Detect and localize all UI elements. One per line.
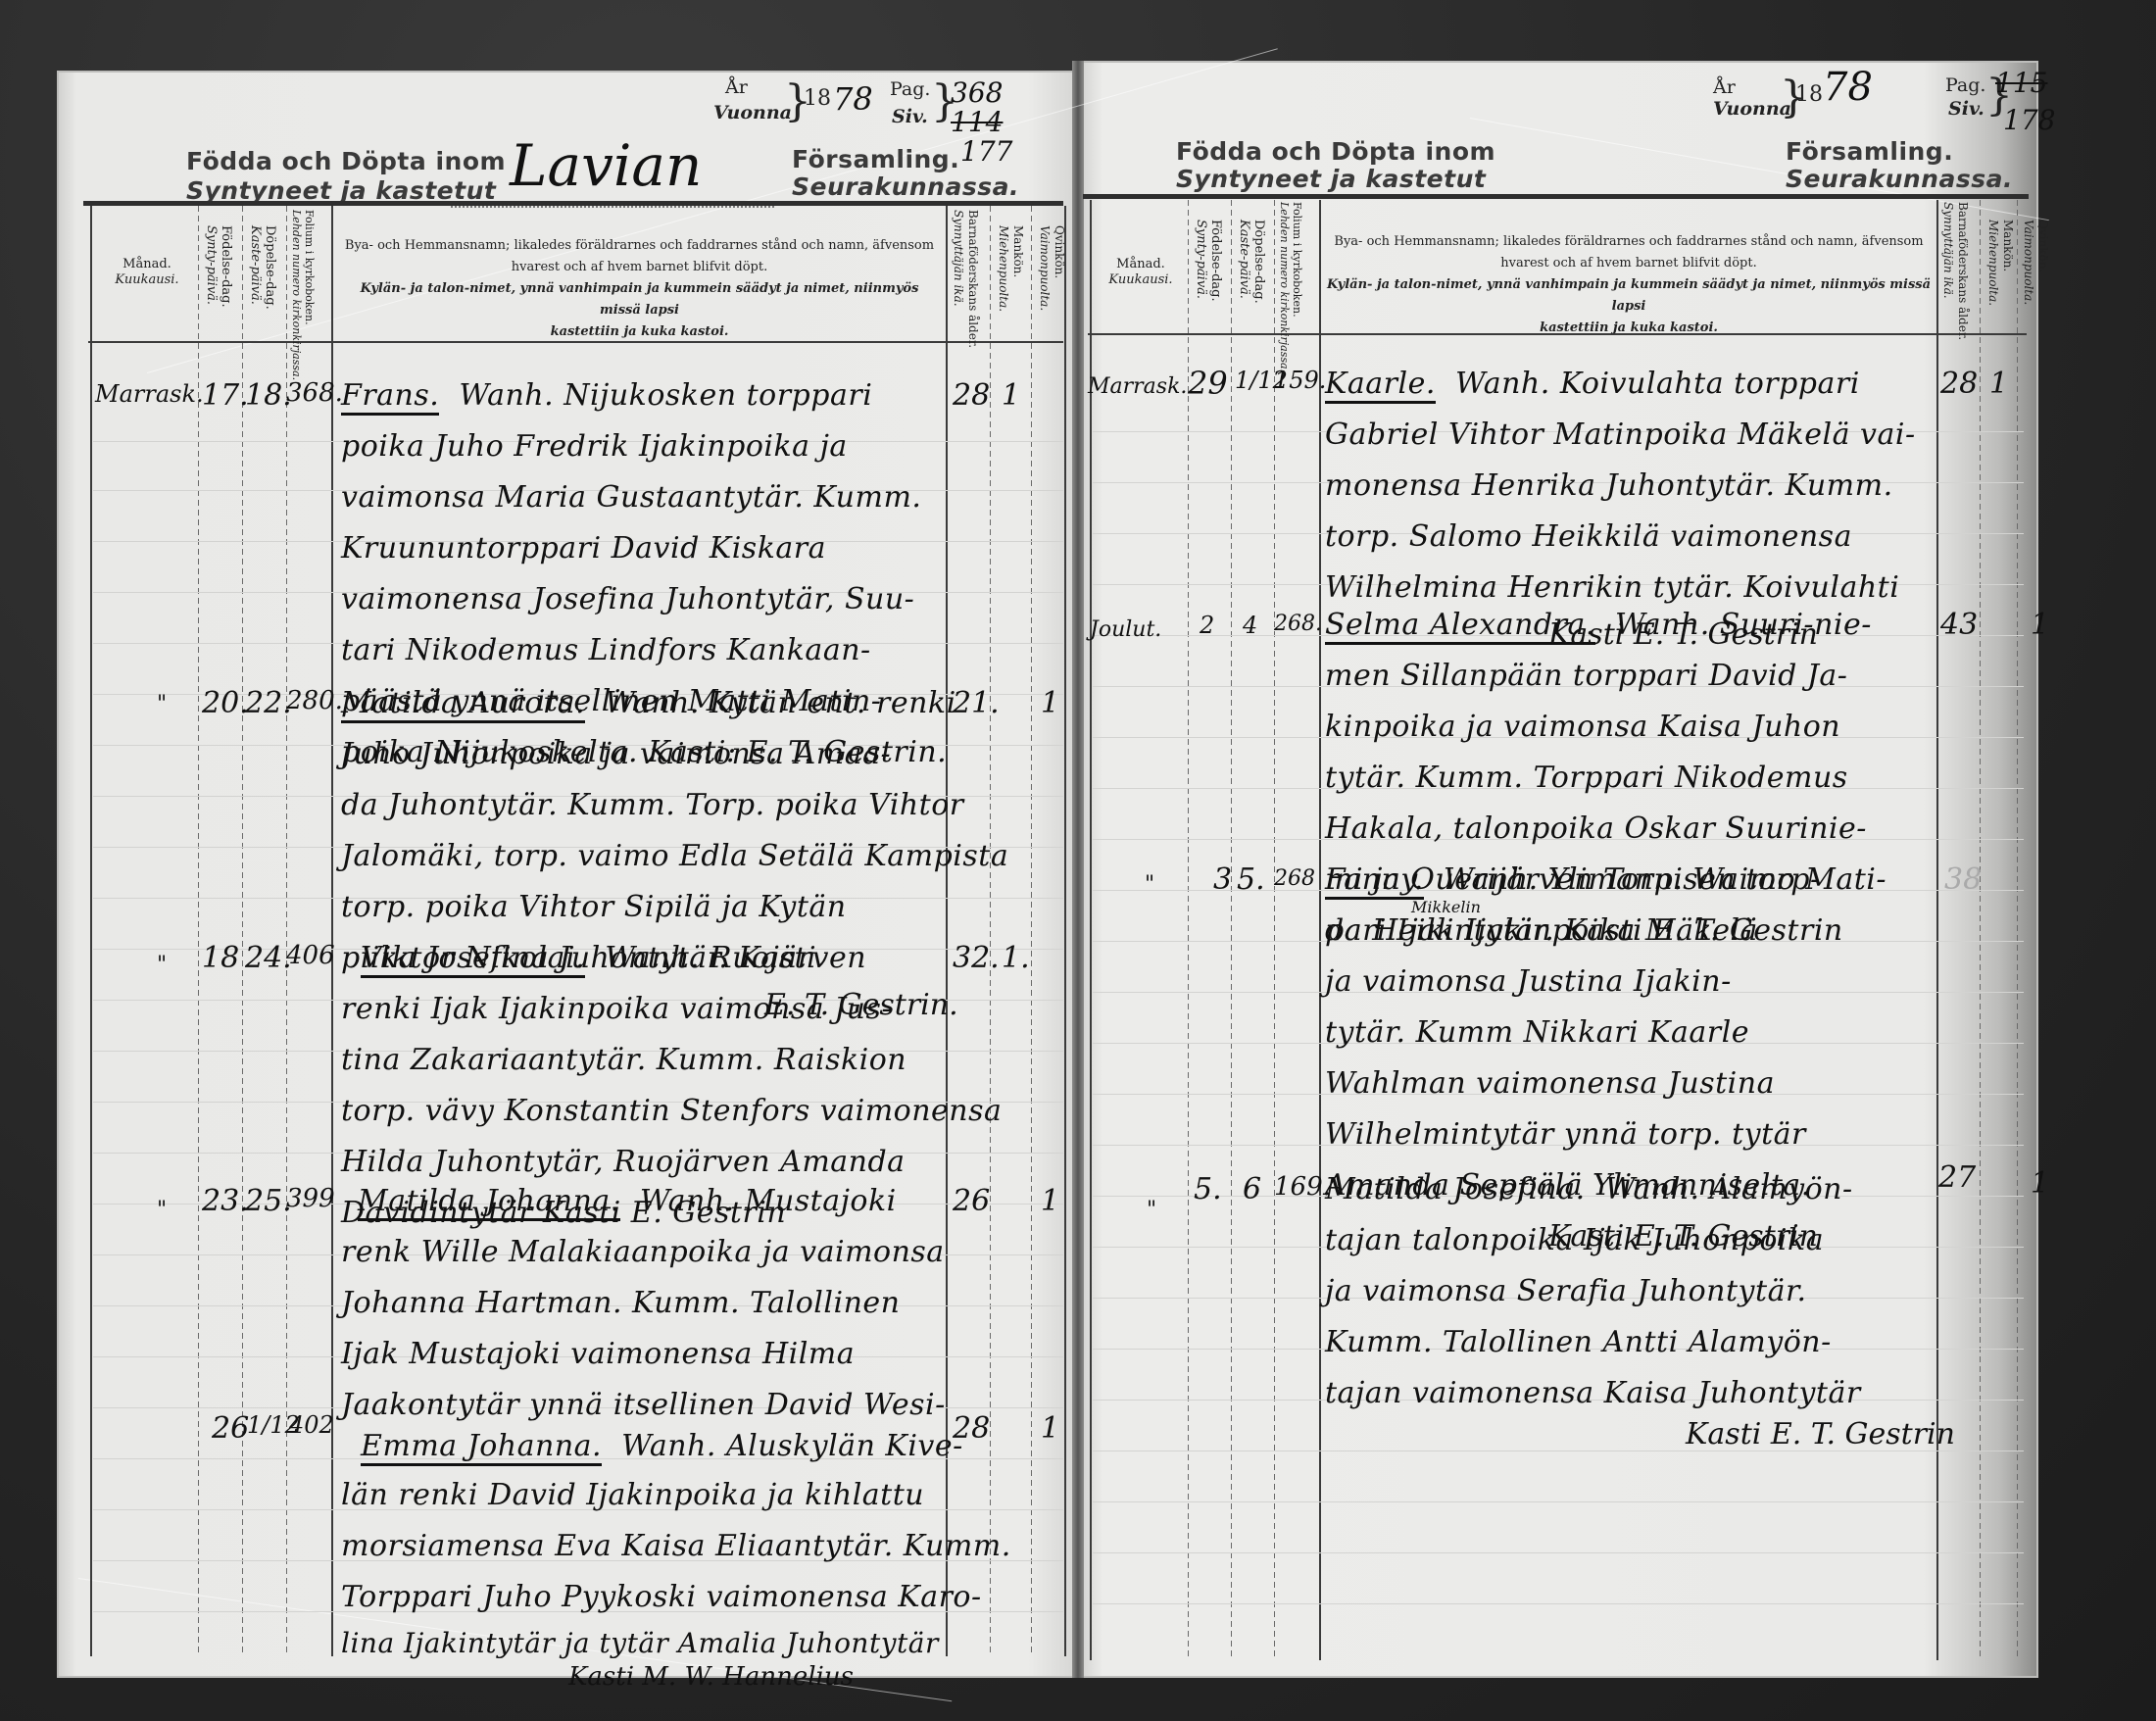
year-handwritten: 78: [833, 80, 873, 118]
entry-month: Marrask.: [95, 380, 204, 408]
col-male-sv: Mankön.: [1011, 225, 1025, 277]
right-year-label-sv: År: [1713, 76, 1736, 98]
entry-line-0: Fanny. Wanh. Ylimannisen torp-: [1325, 862, 1821, 897]
col-desc-sv-2: hvarest och af hvem barnet blifvit döpt.: [1325, 253, 1933, 274]
entry-line-2: ja vaimonsa Justina Ijakin-: [1325, 964, 1732, 999]
entry-line-4: Hakala, talonpoika Oskar Suurinie-: [1325, 811, 1867, 846]
right-page-label-sv: Pag.: [1945, 74, 1985, 96]
entry-text: Wanh. Ylimannisen torp-: [1444, 862, 1821, 897]
col-folio-sv: Folium i kyrkoboken.: [303, 210, 316, 325]
entry-folio: 280.: [286, 686, 343, 715]
col-mother-age-fi: Synnyttäjän ikä.: [952, 210, 965, 307]
entry-birth-day: 23.: [202, 1184, 249, 1218]
right-title-fi: Syntyneet ja kastetut: [1176, 165, 1486, 193]
entry-text: Wanh. Kytän ent. renki: [605, 686, 955, 720]
col-desc-sv-2: hvarest och af hvem barnet blifvit döpt.: [338, 257, 941, 278]
entry-line-0: Emma Johanna. Wanh. Aluskylän Kive-: [361, 1429, 963, 1463]
col-month-header: Månad. Kuukausi.: [98, 257, 196, 288]
col-month-sv: Månad.: [1096, 257, 1186, 272]
entry-birth-day: 3: [1213, 862, 1232, 897]
entry-text: Wanh. Alamyön-: [1605, 1172, 1853, 1206]
parish-name-handwritten: Lavian: [510, 132, 702, 199]
col-month-fi: Kuukausi.: [98, 272, 196, 288]
col-female-fi: Vaimonpuolta.: [2022, 220, 2035, 305]
entry-line-4: lina Ijakintytär ja tytär Amalia Juhonty…: [341, 1627, 939, 1659]
right-title-sv: Födda och Döpta inom: [1176, 137, 1495, 166]
table-top-rule: [83, 201, 1063, 206]
entry-line-5: tari Nikodemus Lindfors Kankaan-: [341, 633, 871, 667]
entry-folio: 402: [289, 1411, 334, 1439]
entry-birth-day: 29: [1188, 365, 1228, 402]
entry-birth-day: 2: [1200, 612, 1214, 639]
book-spine: [1072, 61, 1084, 1678]
entry-line-1: pari Ijak Ijakinpoika Mäkelä: [1325, 913, 1758, 948]
left-parish-label-sv: Församling.: [792, 145, 959, 173]
entry-text: Wanh. Koivulahta torppari: [1455, 367, 1860, 401]
entry-line-1: Gabriel Vihtor Matinpoika Mäkelä vai-: [1325, 418, 1916, 452]
entry-mother-age: 28: [953, 1411, 990, 1446]
col-birth-fi: Synty-päivä.: [1194, 220, 1208, 299]
entry-line-0: Matilda Josefina. Wanh. Alamyön-: [1325, 1172, 1853, 1206]
entry-line-5: Kasti E. T. Gestrin: [1686, 1417, 1955, 1451]
entry-month: Joulut.: [1090, 617, 1161, 642]
entry-line-4: vaimonensa Josefina Juhontytär, Suu-: [341, 582, 914, 616]
entry-baptism-day: 25.: [245, 1184, 292, 1218]
col-desc-sv-1: Bya- och Hemmansnamn; likaledes föräldra…: [1325, 231, 1933, 253]
child-name: Fanny.: [1325, 862, 1424, 900]
col-mother-age-sv: Barnaföderskans ålder.: [966, 210, 980, 348]
col-border: [2017, 200, 2018, 1660]
entry-line-2: monensa Henrika Juhontytär. Kumm.: [1325, 468, 1893, 503]
entry-baptism-day: 6: [1243, 1172, 1261, 1206]
entry-line-0: Kaarle. Wanh. Koivulahta torppari: [1325, 367, 1860, 401]
entry-line-0: Selma Alexandra. Wanh. Suuri-nie-: [1325, 608, 1872, 642]
entry-month: ": [157, 1198, 167, 1222]
col-female-sv: Qvinkön.: [2036, 220, 2050, 272]
entry-folio: 406: [286, 941, 335, 970]
page-number-1: 368: [951, 76, 1003, 109]
col-border: [331, 206, 333, 1656]
col-male-header: Mankön.Miehenpuolta.: [996, 225, 1025, 333]
page-number-2: 114: [951, 106, 1003, 138]
left-title-sv: Födda och Döpta inom: [186, 147, 506, 175]
col-baptism-fi: Kaste-päivä.: [248, 225, 263, 305]
entry-baptism-day: 18.: [245, 378, 292, 413]
page-label-sv: Pag.: [890, 78, 930, 100]
entry-folio: 159.: [1274, 367, 1326, 394]
year-label-sv: År: [725, 76, 748, 98]
child-name: Matilda Josefina.: [1325, 1172, 1586, 1206]
entry-line-1: poika Juho Fredrik Ijakinpoika ja: [341, 429, 848, 464]
col-female-sv: Qvinkön.: [1053, 225, 1066, 278]
col-border: [1980, 200, 1981, 1660]
entry-female: 1: [1041, 1184, 1059, 1218]
entry-mother-age: 27: [1938, 1160, 1976, 1195]
child-name: Selma Alexandra.: [1325, 608, 1595, 645]
entry-line-4: Wilhelmina Henrikin tytär. Koivulahti: [1325, 570, 1899, 605]
entry-folio: 368.: [286, 378, 343, 408]
entry-text: Wanh. Aluskylän Kive-: [621, 1429, 963, 1463]
col-description-header: Bya- och Hemmansnamn; likaledes föräldra…: [338, 235, 941, 343]
right-year-handwritten: 78: [1823, 65, 1873, 110]
entry-line-1: renki Ijak Ijakinpoika vaimonsa Jus-: [341, 992, 892, 1026]
child-name: Emma Johanna.: [361, 1429, 602, 1466]
entry-month: ": [157, 692, 167, 716]
entry-text: Wanh. Ruojärven: [605, 941, 866, 975]
entry-line-2: morsiamensa Eva Kaisa Eliaantytär. Kumm.: [341, 1529, 1011, 1563]
entry-female: 1: [1041, 686, 1059, 720]
entry-baptism-day: 4: [1243, 612, 1257, 639]
entry-line-1: tajan talonpoika Ijak Juhonpoika: [1325, 1223, 1824, 1257]
entry-female: 1: [2031, 608, 2049, 642]
col-month-sv: Månad.: [98, 257, 196, 272]
col-folio-sv: Folium i kyrkoboken.: [1291, 202, 1303, 318]
col-male-sv: Mankön.: [2001, 220, 2015, 271]
entry-folio: 268.: [1274, 612, 1322, 636]
entry-birth-day: 17.: [202, 378, 249, 413]
page-label-fi: Siv.: [892, 106, 928, 127]
entry-male: 1: [1989, 367, 2008, 401]
entry-line-2: kinpoika ja vaimonsa Kaisa Juhon: [1325, 710, 1840, 744]
entry-birth-day: 18: [202, 941, 239, 975]
entry-female: 1: [2031, 1166, 2049, 1201]
right-col-description-header: Bya- och Hemmansnamn; likaledes föräldra…: [1325, 231, 1933, 339]
left-parish-label-fi: Seurakunnassa.: [792, 172, 1019, 201]
col-border: [1090, 200, 1092, 1660]
col-month-fi: Kuukausi.: [1096, 272, 1186, 288]
col-border: [1231, 200, 1232, 1660]
col-baptism-sv: Döpelse-dag.: [1251, 220, 1266, 304]
col-baptism-sv: Döpelse-dag.: [263, 225, 277, 310]
entry-female: 1: [1041, 1411, 1059, 1446]
entry-line-3: Jalomäki, torp. vaimo Edla Setälä Kampis…: [341, 839, 1008, 873]
right-col-baptism-header: Döpelse-dag.Kaste-päivä.: [1237, 220, 1266, 327]
entry-month: Marrask.: [1088, 374, 1187, 399]
col-baptism-fi: Kaste-päivä.: [1237, 220, 1251, 299]
entry-folio: 169.: [1274, 1172, 1331, 1202]
col-desc-fi-1: Kylän- ja talon-nimet, ynnä vanhimpain j…: [1325, 274, 1933, 318]
entry-folio: 399: [286, 1184, 335, 1213]
col-border: [1188, 200, 1189, 1660]
entry-line-0: Matilda Johanna. Wanh. Mustajoki: [358, 1184, 897, 1218]
right-year-prefix: 18: [1795, 82, 1823, 107]
right-col-male-header: Mankön.Miehenpuolta.: [1985, 220, 2015, 327]
entry-line-4: tajan vaimonensa Kaisa Juhontytär: [1325, 1376, 1861, 1410]
entry-line-1: län renki David Ijakinpoika ja kihlattu: [341, 1478, 924, 1512]
entry-line-3: tytär. Kumm. Torppari Nikodemus: [1325, 761, 1848, 795]
col-male-fi: Miehenpuolta.: [1986, 220, 2000, 306]
col-folio-header: Folium i kyrkoboken.Lehden numero kirkon…: [290, 210, 316, 337]
col-border: [198, 206, 199, 1656]
child-name: Matilda Aurora.: [341, 686, 585, 723]
entry-mother-age: 32.: [953, 941, 1000, 975]
right-col-month-header: Månad. Kuukausi.: [1096, 257, 1186, 288]
entry-text: Wanh. Suuri-nie-: [1615, 608, 1872, 642]
entry-line-2: vaimonsa Maria Gustaantytär. Kumm.: [341, 480, 921, 515]
child-name: Kaarle.: [1325, 367, 1436, 404]
entry-line-1: renk Wille Malakiaanpoika ja vaimonsa: [341, 1235, 945, 1269]
entry-mother-age: 38: [1944, 862, 1982, 897]
entry-line-0: Viktor Nikolai. Wanh. Ruojärven: [361, 941, 866, 975]
entry-male: 1: [1002, 378, 1020, 413]
entry-birth-day: 5.: [1194, 1172, 1222, 1206]
col-desc-fi-2: kastettiin ja kuka kastoi.: [1325, 318, 1933, 339]
entry-line-1: Juho Juhonpoika ja vaimonsa Amaa-: [341, 737, 891, 771]
entry-line-3: Kruununtorppari David Kiskara: [341, 531, 826, 565]
right-parish-label-fi: Seurakunnassa.: [1786, 165, 2013, 193]
col-desc-fi-1: Kylän- ja talon-nimet, ynnä vanhimpain j…: [338, 278, 941, 321]
entry-line-3: torp. Salomo Heikkilä vaimonensa: [1325, 519, 1852, 554]
right-col-female-header: Qvinkön.Vaimonpuolta.: [2021, 220, 2050, 327]
entry-mother-age: 21.: [953, 686, 1000, 720]
col-folio-fi: Lehden numero kirkonkirjassa.: [290, 210, 303, 380]
entry-line-5: Wilhelmintytär ynnä torp. tytär: [1325, 1117, 1806, 1152]
entry-line-4: Jaakontytär ynnä itsellinen David Wesi-: [341, 1388, 946, 1422]
col-border: [1031, 206, 1032, 1656]
right-page-label-fi: Siv.: [1948, 98, 1984, 120]
entry-month: ": [1145, 872, 1154, 897]
entry-mother-age: 28: [953, 378, 990, 413]
col-mother-age-header: Barnaföderskans ålder.Synnyttäjän ikä.: [951, 210, 980, 337]
col-desc-sv-1: Bya- och Hemmansnamn; likaledes föräldra…: [338, 235, 941, 257]
col-birth-sv: Födelse-dag.: [1208, 220, 1223, 302]
col-border: [1064, 206, 1066, 1656]
entry-text: Wanh. Nijukosken torppari: [459, 378, 872, 413]
right-col-birth-header: Födelse-dag.Synty-päivä.: [1194, 220, 1223, 327]
col-border: [1319, 200, 1321, 1660]
entry-baptism-day: 24.: [245, 941, 292, 975]
right-col-folio-header: Folium i kyrkoboken.Lehden numero kirkon…: [1278, 202, 1303, 329]
right-col-mother-age-header: Barnaföderskans ålder.Synnyttäjän ikä.: [1940, 202, 1970, 329]
entry-month: ": [1147, 1198, 1156, 1222]
right-page-number-2: 178: [2003, 104, 2055, 136]
entry-baptism-day: 22.: [245, 686, 292, 720]
entry-birth-day: 20.: [202, 686, 249, 720]
col-mother-age-fi: Synnyttäjän ikä.: [1941, 202, 1955, 299]
entry-month: ": [157, 953, 167, 977]
col-birth-sv: Födelse-dag.: [219, 225, 233, 308]
col-female-header: Qvinkön.Vaimonpuolta.: [1037, 225, 1066, 333]
entry-line-3: tytär. Kumm Nikkari Kaarle: [1325, 1015, 1749, 1050]
col-male-fi: Miehenpuolta.: [997, 225, 1010, 312]
entry-mother-age: 43: [1940, 608, 1978, 642]
child-name: Frans.: [341, 378, 439, 416]
col-border: [90, 206, 92, 1656]
child-name: Matilda Johanna.: [358, 1184, 620, 1221]
col-border: [286, 206, 287, 1656]
entry-line-2: Johanna Hartman. Kumm. Talollinen: [341, 1286, 900, 1320]
col-mother-age-sv: Barnaföderskans ålder.: [1956, 202, 1970, 340]
right-parish-label-sv: Församling.: [1786, 137, 1953, 166]
col-birth-fi: Synty-päivä.: [204, 225, 219, 305]
entry-line-2: da Juhontytär. Kumm. Torp. poika Vihtor: [341, 788, 964, 822]
year-prefix: 18: [804, 86, 831, 111]
right-table-top-rule: [1083, 194, 2029, 199]
entry-text: Wanh. Mustajoki: [640, 1184, 897, 1218]
child-name: Viktor Nikolai.: [361, 941, 585, 978]
entry-male: 1.: [1002, 941, 1030, 975]
entry-mother-age: 28: [1940, 367, 1978, 401]
col-border: [1274, 200, 1275, 1660]
entry-line-2: ja vaimonsa Serafia Juhontytär.: [1325, 1274, 1807, 1308]
entry-line-1: men Sillanpään torppari David Ja-: [1325, 659, 1847, 693]
entry-line-4: torp. poika Vihtor Sipilä ja Kytän: [341, 890, 847, 924]
entry-line-0: Matilda Aurora. Wanh. Kytän ent. renki: [341, 686, 956, 720]
col-folio-fi: Lehden numero kirkonkirjassa.: [1278, 202, 1291, 372]
entry-birth-day: 26: [212, 1411, 249, 1446]
entry-line-3: torp. vävy Konstantin Stenfors vaimonens…: [341, 1094, 1002, 1128]
right-page-number-1: 115: [1995, 67, 2047, 99]
col-birth-header: Födelse-dag.Synty-päivä.: [204, 225, 233, 333]
entry-line-4: Hilda Juhontytär, Ruojärven Amanda: [341, 1145, 906, 1179]
page-number-3: 177: [960, 135, 1012, 168]
col-baptism-header: Döpelse-dag.Kaste-päivä.: [248, 225, 277, 333]
entry-mother-age: 26: [953, 1184, 990, 1218]
entry-line-4: Wahlman vaimonensa Justina: [1325, 1066, 1775, 1101]
entry-folio: 268: [1274, 866, 1315, 891]
col-desc-fi-2: kastettiin ja kuka kastoi.: [338, 321, 941, 343]
entry-line-0: Frans. Wanh. Nijukosken torppari: [341, 378, 872, 413]
entry-baptism-day: 5.: [1237, 862, 1265, 897]
entry-line-2: tina Zakariaantytär. Kumm. Raiskion: [341, 1043, 906, 1077]
year-label-fi: Vuonna: [713, 102, 792, 123]
entry-line-3: Ijak Mustajoki vaimonensa Hilma: [341, 1337, 855, 1371]
entry-line-3: Kumm. Talollinen Antti Alamyön-: [1325, 1325, 1832, 1359]
entry-line-3: Torppari Juho Pyykoski vaimonensa Karo-: [341, 1580, 982, 1614]
parish-dotted-line: [451, 206, 774, 208]
col-female-fi: Vaimonpuolta.: [1038, 225, 1052, 311]
entry-line-5: Kasti M. W. Hannelius: [568, 1662, 854, 1692]
